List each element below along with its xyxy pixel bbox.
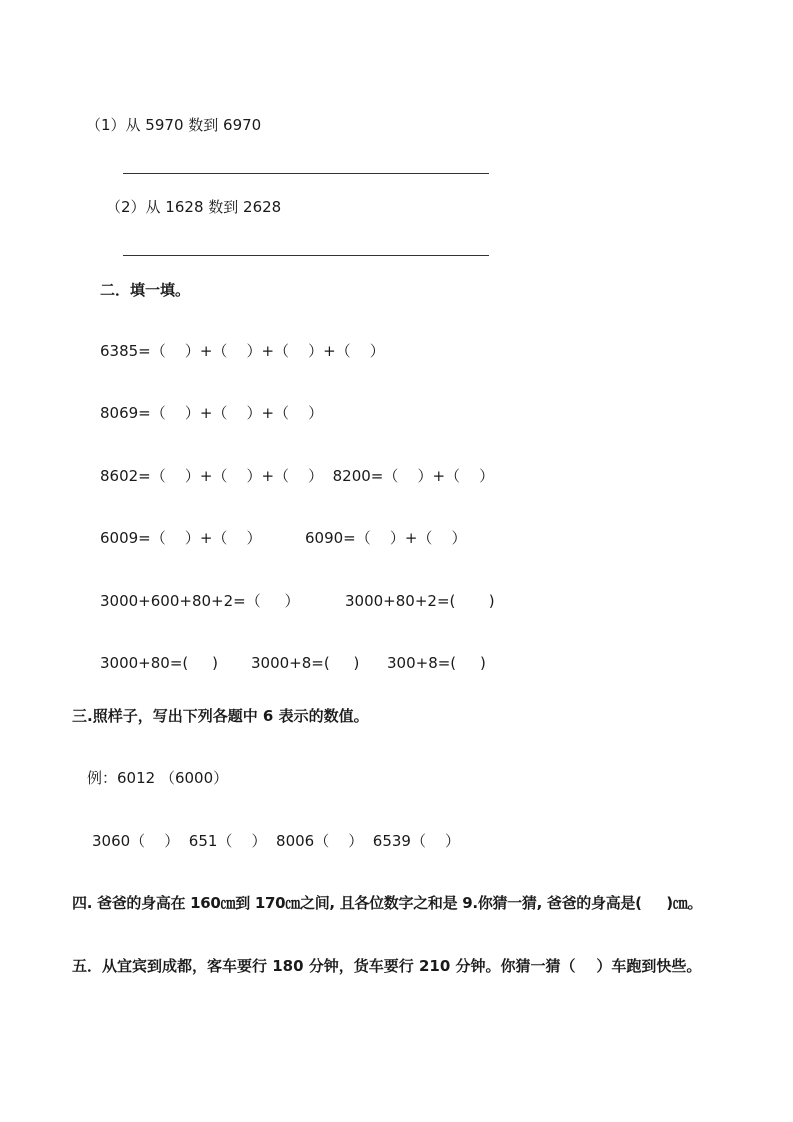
section-5-question: 五．从宜宾到成都，客车要行 180 分钟，货车要行 210 分钟。你猜一猜（ ）… [72,956,701,976]
section-2-heading: 二．填一填。 [100,280,190,300]
answer-line-2[interactable] [123,255,489,256]
fill-row-308: 300+8=( ) [387,653,486,673]
answer-line-1[interactable] [123,173,489,174]
fill-row-6385: 6385=（ ）+（ ）+（ ）+（ ） [100,341,385,361]
fill-row-6090: 6090=（ ）+（ ） [305,528,466,548]
section-3-example: 例：6012 （6000） [87,768,228,788]
count-item-2: （2）从 1628 数到 2628 [106,197,281,217]
section-3-heading: 三.照样子，写出下列各题中 6 表示的数值。 [72,706,369,726]
fill-row-8069: 8069=（ ）+（ ）+（ ） [100,403,323,423]
fill-row-3080: 3000+80=( ) [100,653,218,673]
fill-row-3682: 3000+600+80+2=（ ） [100,591,300,611]
section-4-question: 四. 爸爸的身高在 160㎝到 170㎝之间, 且各位数字之和是 9.你猜一猜,… [72,893,702,913]
fill-row-3082: 3000+80+2=( ) [345,591,495,611]
count-item-1: （1）从 5970 数到 6970 [86,115,261,135]
section-3-items: 3060（ ） 651（ ） 8006（ ） 6539（ ） [92,831,460,851]
fill-row-3008: 3000+8=( ) [251,653,359,673]
fill-row-6009: 6009=（ ）+（ ） [100,528,261,548]
fill-row-8602-8200: 8602=（ ）+（ ）+（ ） 8200=（ ）+（ ） [100,466,494,486]
